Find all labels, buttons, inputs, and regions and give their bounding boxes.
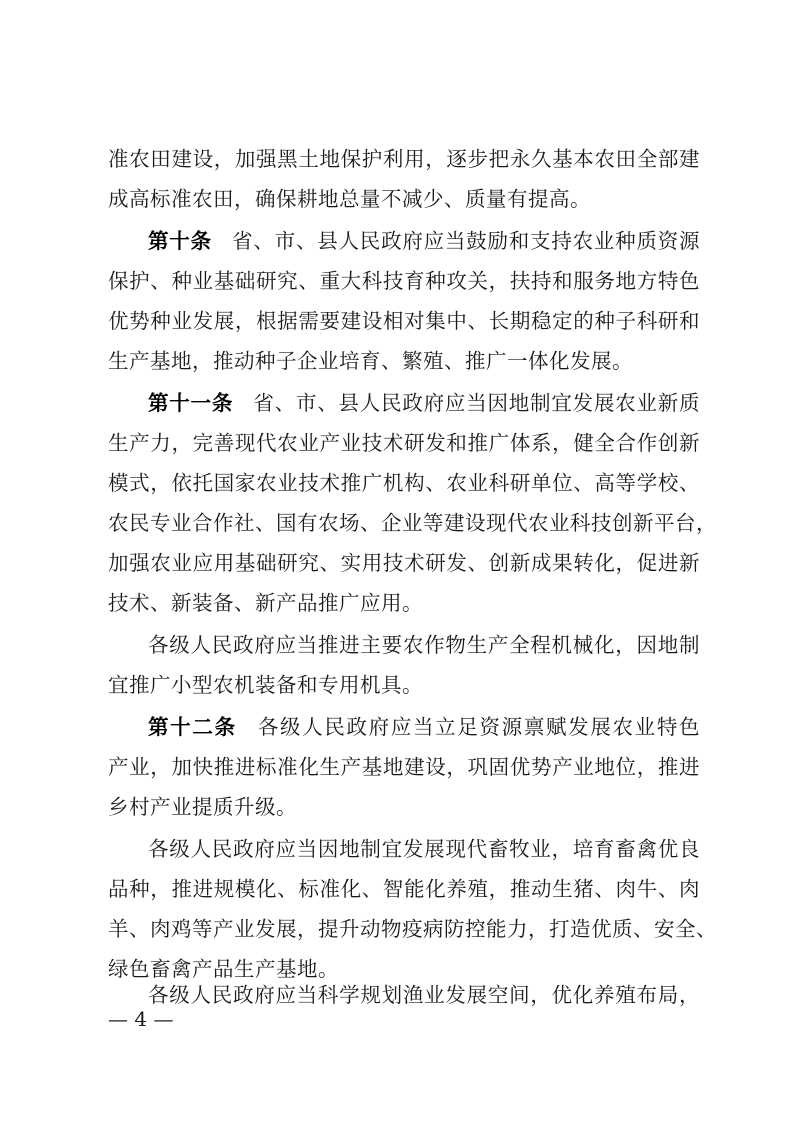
text-span: 各级人民政府应当立足资源禀赋发展农业特色 [257, 715, 700, 739]
article-heading: 第十二条 [148, 715, 237, 739]
text-span: 省、市、县人民政府应当鼓励和支持农业种质资源 [232, 229, 700, 253]
text-line: 生产基地，推动种子企业培育、繁殖、推广一体化发展。 [108, 346, 700, 376]
article-12-line: 第十二条各级人民政府应当立足资源禀赋发展农业特色 [148, 712, 700, 742]
article-10-line: 第十条省、市、县人民政府应当鼓励和支持农业种质资源 [148, 226, 700, 256]
text-line: 产业，加快推进标准化生产基地建设，巩固优势产业地位，推进 [108, 752, 700, 782]
text-line: 各级人民政府应当科学规划渔业发展空间，优化养殖布局， [148, 980, 700, 1010]
text-line: 宜推广小型农机装备和专用机具。 [108, 670, 700, 700]
text-line: 准农田建设，加强黑土地保护利用，逐步把永久基本农田全部建 [108, 144, 700, 174]
text-line: 保护、种业基础研究、重大科技育种攻关，扶持和服务地方特色 [108, 266, 700, 296]
text-line: 各级人民政府应当推进主要农作物生产全程机械化，因地制 [148, 630, 700, 660]
text-line: 成高标准农田，确保耕地总量不减少、质量有提高。 [108, 184, 700, 214]
text-line: 生产力，完善现代农业产业技术研发和推广体系，健全合作创新 [108, 428, 700, 458]
document-page: 准农田建设，加强黑土地保护利用，逐步把永久基本农田全部建 成高标准农田，确保耕地… [0, 0, 793, 1122]
text-span: 省、市、县人民政府应当因地制宜发展农业新质 [253, 391, 700, 415]
text-line: 乡村产业提质升级。 [108, 792, 700, 822]
article-heading: 第十一条 [148, 391, 233, 415]
text-line: 羊、肉鸡等产业发展，提升动物疫病防控能力，打造优质、安全、 [108, 914, 700, 944]
text-line: 农民专业合作社、国有农场、企业等建设现代农业科技创新平台， [108, 508, 700, 538]
article-11-line: 第十一条省、市、县人民政府应当因地制宜发展农业新质 [148, 388, 700, 418]
text-line: 加强农业应用基础研究、实用技术研发、创新成果转化，促进新 [108, 548, 700, 578]
article-heading: 第十条 [148, 229, 212, 253]
text-line: 优势种业发展，根据需要建设相对集中、长期稳定的种子科研和 [108, 306, 700, 336]
page-number: — 4 — [108, 1004, 173, 1034]
text-line: 模式，依托国家农业技术推广机构、农业科研单位、高等学校、 [108, 468, 700, 498]
text-line: 各级人民政府应当因地制宜发展现代畜牧业，培育畜禽优良 [148, 834, 700, 864]
text-line: 技术、新装备、新产品推广应用。 [108, 588, 700, 618]
text-line: 品种，推进规模化、标准化、智能化养殖，推动生猪、肉牛、肉 [108, 874, 700, 904]
